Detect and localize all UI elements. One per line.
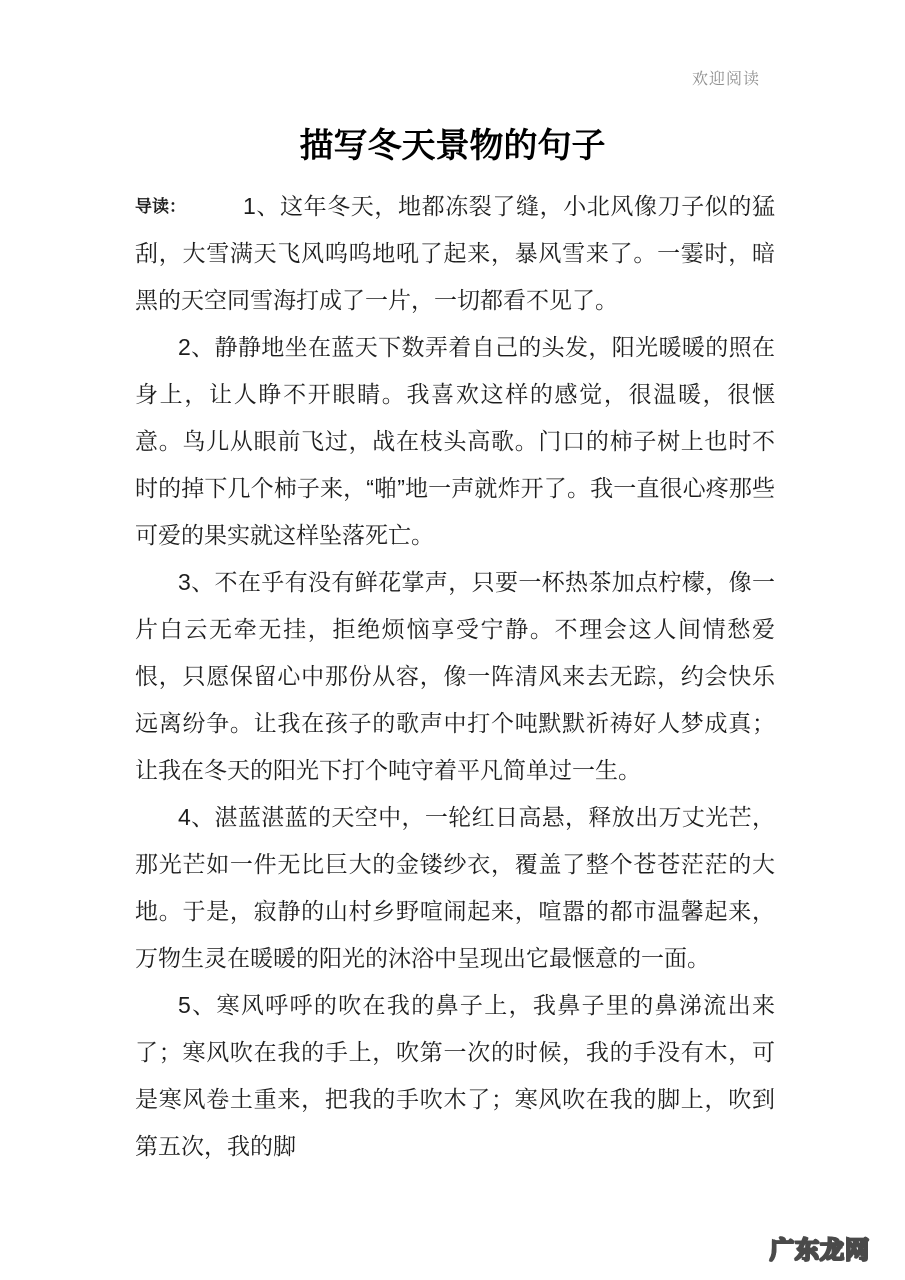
document-page: 欢迎阅读 描写冬天景物的句子 导读： 1、这年冬天，地都冻裂了缝，小北风像刀子似… — [0, 0, 905, 1280]
paragraph-2: 2、静静地坐在蓝天下数弄着自己的头发，阳光暖暖的照在身上，让人睁不开眼睛。我喜欢… — [135, 324, 775, 559]
paragraph-1: 1、这年冬天，地都冻裂了缝，小北风像刀子似的猛刮，大雪满天飞风呜呜地吼了起来，暴… — [135, 183, 775, 324]
paragraph-3: 3、不在乎有没有鲜花掌声，只要一杯热茶加点柠檬，像一片白云无牵无挂，拒绝烦恼享受… — [135, 559, 775, 794]
paragraph-5: 5、寒风呼呼的吹在我的鼻子上，我鼻子里的鼻涕流出来了；寒风吹在我的手上，吹第一次… — [135, 982, 775, 1170]
header-watermark: 欢迎阅读 — [692, 66, 760, 89]
document-body: 导读： 1、这年冬天，地都冻裂了缝，小北风像刀子似的猛刮，大雪满天飞风呜呜地吼了… — [135, 183, 775, 1170]
footer-watermark: 广东龙网 — [770, 1230, 870, 1265]
lead-label: 导读： — [135, 183, 186, 230]
paragraph-4: 4、湛蓝湛蓝的天空中，一轮红日高悬，释放出万丈光芒，那光芒如一件无比巨大的金镂纱… — [135, 794, 775, 982]
lead-paragraph-block: 导读： 1、这年冬天，地都冻裂了缝，小北风像刀子似的猛刮，大雪满天飞风呜呜地吼了… — [135, 183, 775, 324]
page-title: 描写冬天景物的句子 — [0, 118, 905, 167]
